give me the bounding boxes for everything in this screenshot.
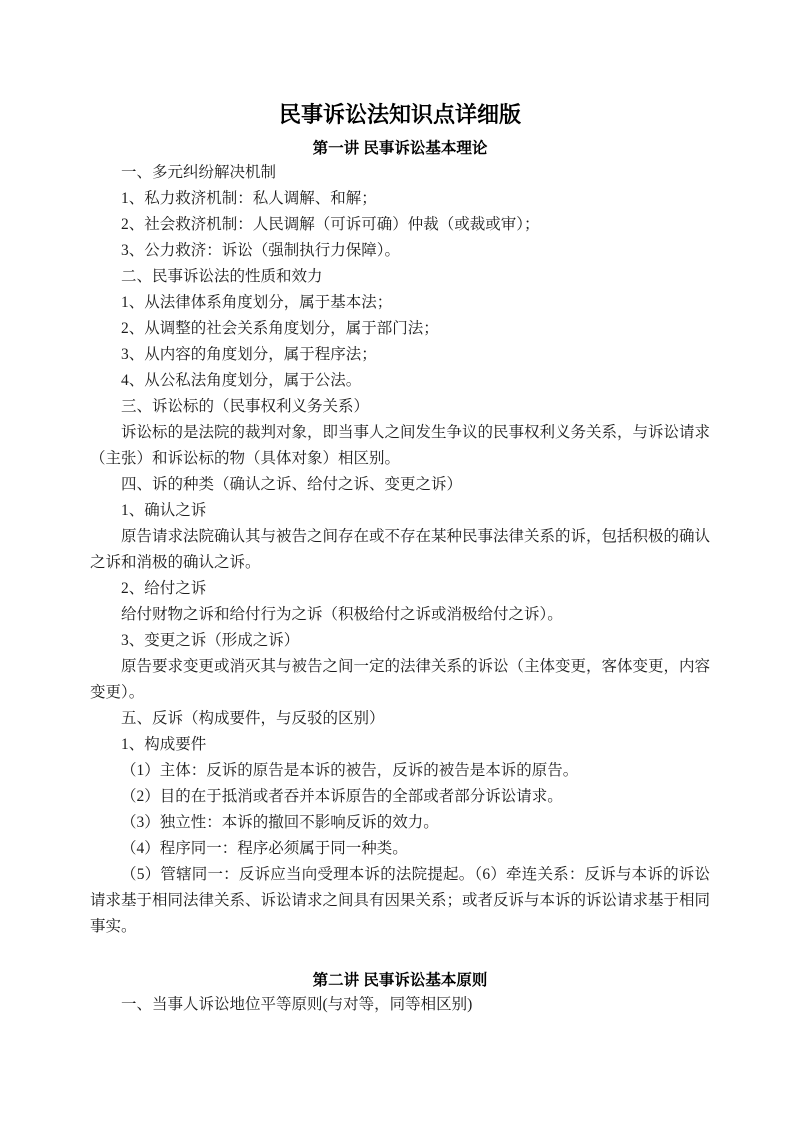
list-item: 3、公力救济：诉讼（强制执行力保障）。 <box>90 238 710 264</box>
list-item: 一、多元纠纷解决机制 <box>90 160 710 186</box>
section-heading: 第二讲 民事诉讼基本原则 <box>90 970 710 992</box>
document-content: 民事诉讼法知识点详细版 第一讲 民事诉讼基本理论 一、多元纠纷解决机制1、私力救… <box>90 101 710 1018</box>
paragraph: 诉讼标的是法院的裁判对象，即当事人之间发生争议的民事权利义务关系，与诉讼请求（主… <box>90 420 710 472</box>
list-item: 给付财物之诉和给付行为之诉（积极给付之诉或消极给付之诉）。 <box>90 602 710 628</box>
section-blocks: 一、当事人诉讼地位平等原则(与对等，同等相区别) <box>90 992 710 1018</box>
list-item: 1、从法律体系角度划分，属于基本法； <box>90 290 710 316</box>
list-item: 1、确认之诉 <box>90 498 710 524</box>
list-item: 五、反诉（构成要件，与反驳的区别） <box>90 706 710 732</box>
list-item: （3）独立性：本诉的撤回不影响反诉的效力。 <box>90 810 710 836</box>
paragraph: 原告请求法院确认其与被告之间存在或不存在某种民事法律关系的诉，包括积极的确认之诉… <box>90 524 710 576</box>
document-body: 第一讲 民事诉讼基本理论 一、多元纠纷解决机制1、私力救济机制：私人调解、和解；… <box>90 138 710 1018</box>
list-item: 3、从内容的角度划分，属于程序法； <box>90 342 710 368</box>
document-page: 民事诉讼法知识点详细版 第一讲 民事诉讼基本理论 一、多元纠纷解决机制1、私力救… <box>0 0 800 1131</box>
list-item: 三、诉讼标的（民事权利义务关系） <box>90 394 710 420</box>
section-heading: 第一讲 民事诉讼基本理论 <box>90 138 710 160</box>
list-item: 1、构成要件 <box>90 732 710 758</box>
list-item: 3、变更之诉（形成之诉） <box>90 628 710 654</box>
paragraph: （5）管辖同一：反诉应当向受理本诉的法院提起。（6）牵连关系：反诉与本诉的诉讼请… <box>90 862 710 940</box>
document-section: 第一讲 民事诉讼基本理论 一、多元纠纷解决机制1、私力救济机制：私人调解、和解；… <box>90 138 710 940</box>
list-item: 2、从调整的社会关系角度划分，属于部门法； <box>90 316 710 342</box>
list-item: 1、私力救济机制：私人调解、和解； <box>90 186 710 212</box>
list-item: 四、诉的种类（确认之诉、给付之诉、变更之诉） <box>90 472 710 498</box>
paragraph: 原告要求变更或消灭其与被告之间一定的法律关系的诉讼（主体变更，客体变更，内容变更… <box>90 654 710 706</box>
list-item: （4）程序同一：程序必须属于同一种类。 <box>90 836 710 862</box>
page-title: 民事诉讼法知识点详细版 <box>90 101 710 129</box>
list-item: 一、当事人诉讼地位平等原则(与对等，同等相区别) <box>90 992 710 1018</box>
list-item: （1）主体：反诉的原告是本诉的被告，反诉的被告是本诉的原告。 <box>90 758 710 784</box>
list-item: 4、从公私法角度划分，属于公法。 <box>90 368 710 394</box>
section-blocks: 一、多元纠纷解决机制1、私力救济机制：私人调解、和解；2、社会救济机制：人民调解… <box>90 160 710 940</box>
list-item: （2）目的在于抵消或者吞并本诉原告的全部或者部分诉讼请求。 <box>90 784 710 810</box>
list-item: 2、给付之诉 <box>90 576 710 602</box>
document-section: 第二讲 民事诉讼基本原则 一、当事人诉讼地位平等原则(与对等，同等相区别) <box>90 970 710 1018</box>
list-item: 二、民事诉讼法的性质和效力 <box>90 264 710 290</box>
list-item: 2、社会救济机制：人民调解（可诉可确）仲裁（或裁或审）； <box>90 212 710 238</box>
